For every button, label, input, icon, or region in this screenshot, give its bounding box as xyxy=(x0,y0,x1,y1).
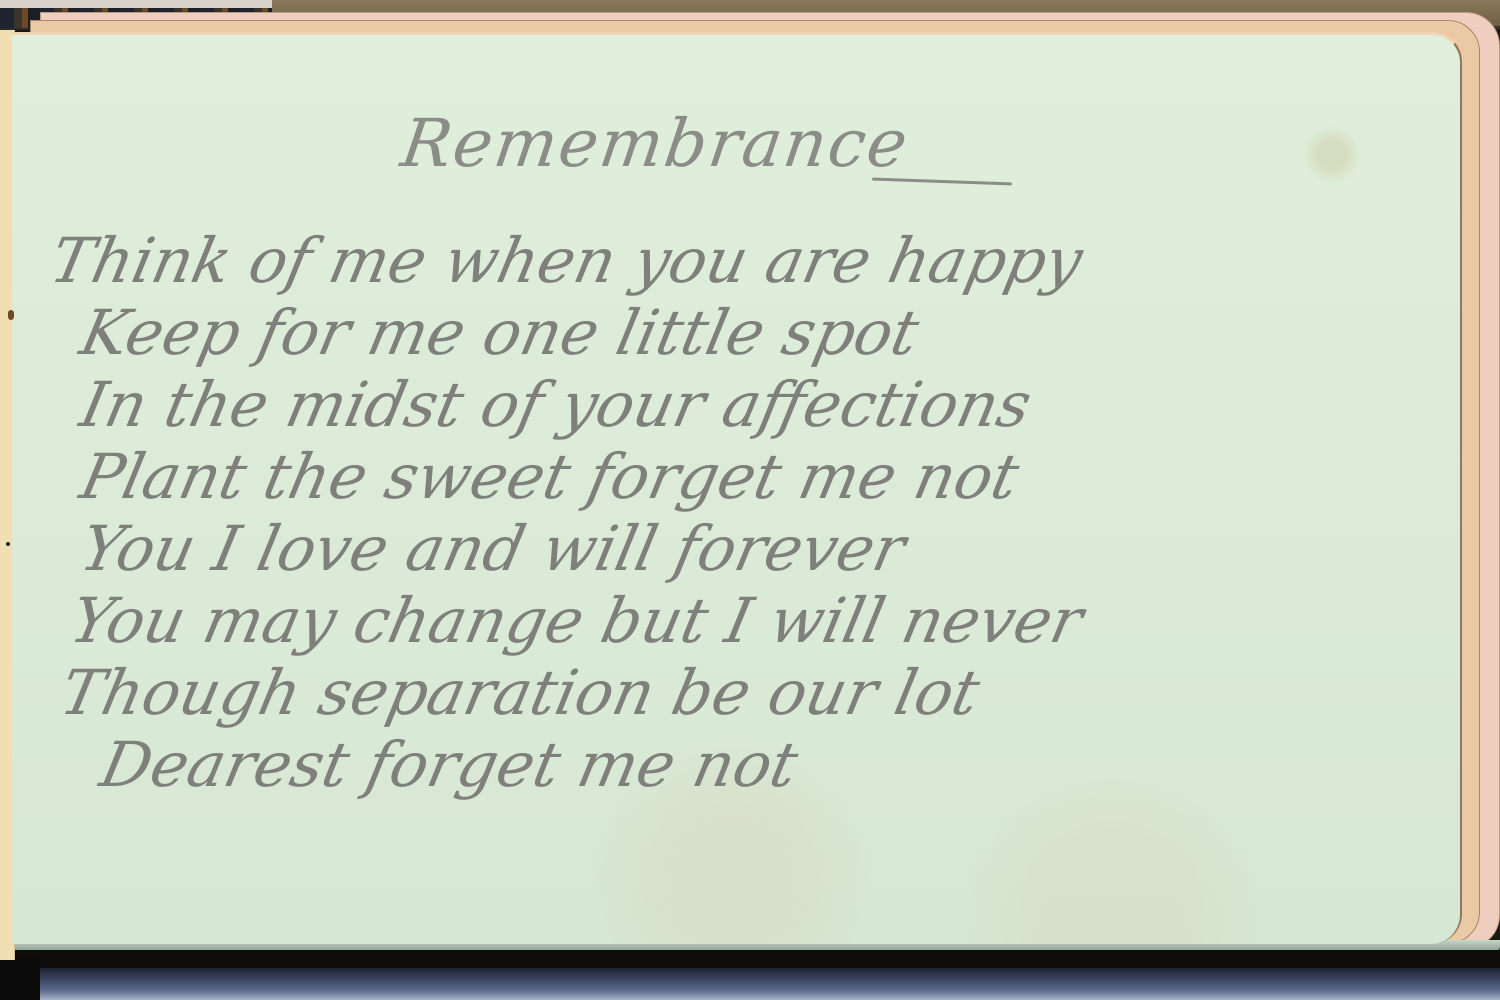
poem: Think of me when you are happy Keep for … xyxy=(42,225,1342,801)
poem-line: You may change but I will never xyxy=(34,585,1349,657)
table-surface xyxy=(0,950,1500,1000)
poem-line: Think of me when you are happy xyxy=(34,225,1349,297)
poem-line: Though separation be our lot xyxy=(34,657,1349,729)
poem-line: Plant the sweet forget me not xyxy=(34,441,1349,513)
poem-line: Keep for me one little spot xyxy=(34,297,1349,369)
poem-line: In the midst of your affections xyxy=(34,369,1349,441)
page-title: Remembrance xyxy=(397,105,1028,182)
poem-line: Dearest forget me not xyxy=(34,729,1349,801)
album-cover-corner xyxy=(0,958,40,1000)
album-page: Remembrance Think of me when you are hap… xyxy=(12,32,1462,944)
page-blemish xyxy=(8,310,14,320)
poem-line: You I love and will forever xyxy=(34,513,1349,585)
page-blemish xyxy=(6,542,10,546)
